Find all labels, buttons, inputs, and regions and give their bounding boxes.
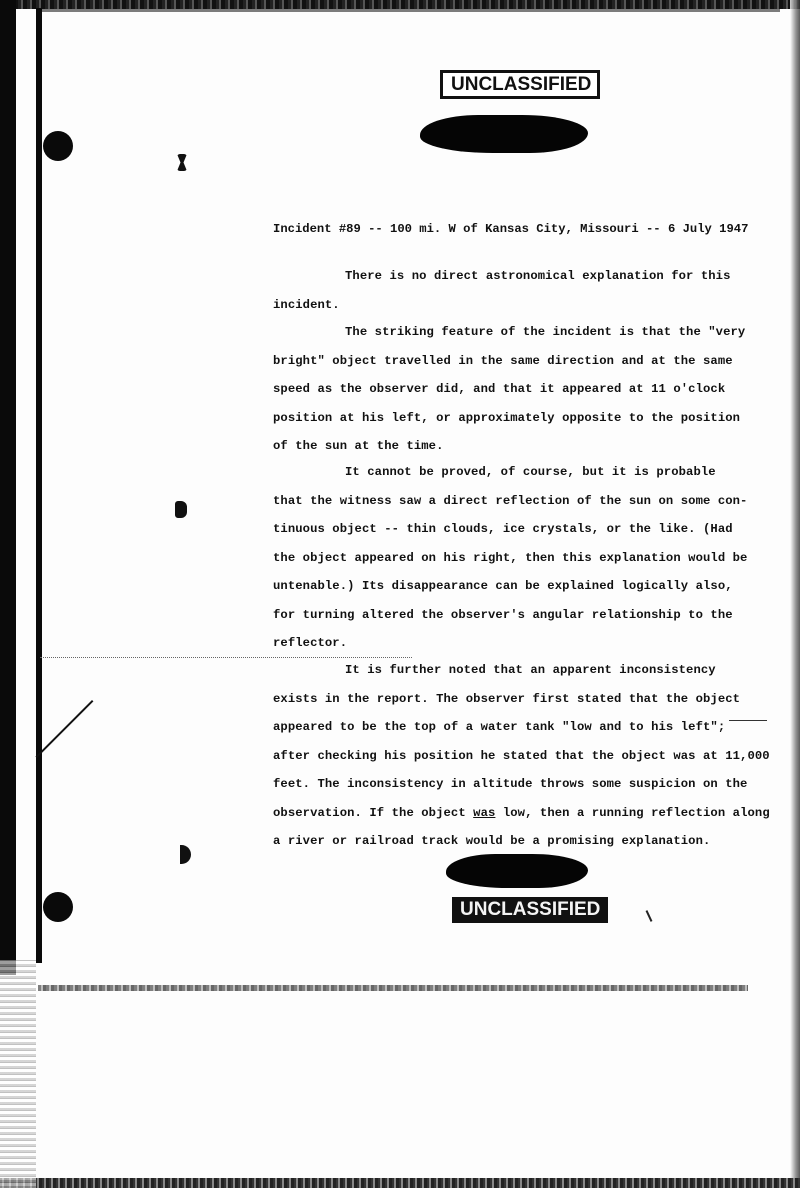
text-segment: low, then a running reflection along <box>495 806 769 820</box>
incident-heading: Incident #89 -- 100 mi. W of Kansas City… <box>273 222 748 236</box>
margin-mark-bottom <box>180 845 191 864</box>
paragraph-2: The striking feature of the incident is … <box>273 318 768 461</box>
text-line: that the witness saw a direct reflection… <box>273 487 768 516</box>
text-line: It cannot be proved, of course, but it i… <box>273 458 768 487</box>
text-line: incident. <box>273 291 768 320</box>
scan-noise <box>0 960 36 1188</box>
handwritten-slash <box>35 700 93 758</box>
margin-line <box>36 8 42 963</box>
redaction-top <box>420 115 588 153</box>
margin-mark-top <box>177 154 187 171</box>
page-bottom-edge <box>38 985 748 991</box>
text-line: the object appeared on his right, then t… <box>273 544 768 573</box>
scan-top-edge-line <box>40 9 780 12</box>
text-line: speed as the observer did, and that it a… <box>273 375 768 404</box>
classification-stamp-top: UNCLASSIFIED <box>440 70 600 99</box>
text-line: bright" object travelled in the same dir… <box>273 347 768 376</box>
text-line: for turning altered the observer's angul… <box>273 601 768 630</box>
paragraph-3: It cannot be proved, of course, but it i… <box>273 458 768 658</box>
paragraph-4: It is further noted that an apparent inc… <box>273 656 768 856</box>
underlined-word: was <box>473 806 495 820</box>
scan-right-edge <box>790 0 800 1188</box>
text-line: reflector. <box>273 629 768 658</box>
text-line: after checking his position he stated th… <box>273 742 768 771</box>
text-line: observation. If the object was low, then… <box>273 799 768 828</box>
text-segment: observation. If the object <box>273 806 473 820</box>
classification-stamp-bottom: UNCLASSIFIED <box>452 897 608 923</box>
handwritten-dash <box>729 720 767 721</box>
punch-hole-top <box>43 131 73 161</box>
text-line: untenable.) Its disappearance can be exp… <box>273 572 768 601</box>
binder-edge <box>0 0 16 975</box>
text-line: position at his left, or approximately o… <box>273 404 768 433</box>
redaction-bottom <box>446 854 588 888</box>
text-line: tinuous object -- thin clouds, ice cryst… <box>273 515 768 544</box>
text-line: There is no direct astronomical explanat… <box>273 262 768 291</box>
scan-top-edge <box>0 0 800 9</box>
text-line: feet. The inconsistency in altitude thro… <box>273 770 768 799</box>
text-line: a river or railroad track would be a pro… <box>273 827 768 856</box>
document-page: UNCLASSIFIED Incident #89 -- 100 mi. W o… <box>0 0 800 1188</box>
punch-hole-bottom <box>43 892 73 922</box>
text-line: It is further noted that an apparent inc… <box>273 656 768 685</box>
text-line: The striking feature of the incident is … <box>273 318 768 347</box>
text-line: appeared to be the top of a water tank "… <box>273 713 768 742</box>
text-line: of the sun at the time. <box>273 432 768 461</box>
paragraph-1: There is no direct astronomical explanat… <box>273 262 768 319</box>
scan-bottom-edge <box>0 1178 800 1188</box>
margin-mark-middle <box>175 501 187 518</box>
text-line: exists in the report. The observer first… <box>273 685 768 714</box>
handwritten-tick <box>646 910 653 922</box>
